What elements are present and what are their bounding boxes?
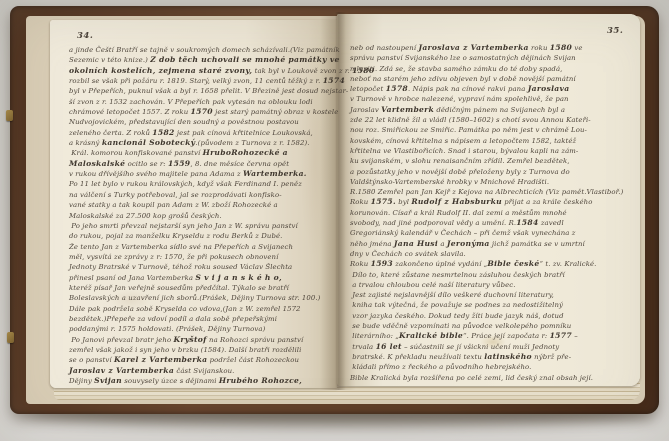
manuscript-line: Sezemic v této knize.) Z dob těch uchova… [69,55,333,65]
manuscript-line: Nudvojovickém, představující den soudný … [69,117,333,127]
manuscript-line: ší zvon z r. 1532 zachován. V Přepeřích … [69,97,333,107]
manuscript-line: Boleslavských a uzavření jich sborů.(Prá… [69,293,333,303]
clasp-remnant [7,332,14,343]
manuscript-line: kteréž písař Jan veřejně sousedům předčí… [69,283,333,293]
manuscript-line: Po 11 let bylo v rukou královských, když… [69,179,333,189]
manuscript-line: R.1580 Zemřel pan Jan Kejř z Kejova na A… [350,187,640,197]
manuscript-line: Roku 1593 zakončeno úplné vydání „Bible … [350,259,640,269]
manuscript-line: v rukou dřívějšího svého majitele pana A… [69,169,333,179]
manuscript-line: bratrské. K překladu neužívali textu lat… [350,352,640,362]
manuscript-line: zde 22 let klidně žil a vládl (1580–1602… [350,115,640,125]
manuscript-line: Jaroslav Vartemberk dědičným pánem na Sv… [350,105,640,115]
manuscript-line: nou roz. Smiřickou ze Smiřic. Památka po… [350,125,640,135]
manuscript-line: v Turnově v hrobce nalezené, vypraví nám… [350,94,640,104]
manuscript-line: ku svijanském, v slohu renaisančním zříd… [350,156,640,166]
manuscript-line: křtitelna ve Vlastibořicích. Snad i star… [350,146,640,156]
manuscript-line: neb od nastoupení Jaroslava z Vartemberk… [350,43,640,53]
manuscript-line: okolních kostelích, zejmena staré zvony,… [69,66,333,76]
manuscript-line: vzor jazyka českého. Dokud tedy žíti bud… [350,311,640,321]
manuscript-line: svobody, nad jiné podporoval vědy a uměn… [350,218,640,228]
manuscript-line: Král. komorou konfiskované panství Hrubo… [69,148,333,158]
manuscript-line: Že tento Jan z Vartemberka sídlo své na … [69,242,333,252]
manuscript-line: trvala 16 let – súčastnili se jí všickni… [350,342,640,352]
manuscript-line: kládali přímo z řeckého a původního hebr… [350,362,640,372]
manuscript-line: letopočet 1578. Nápis pak na cínové rakv… [350,84,640,94]
manuscript-line: a pozůstatky jeho v novější době přelože… [350,167,640,177]
manuscript-line: a krásný kancionál Sobotecký.(původem z … [69,138,333,148]
manuscript-line: kovském, cínová křtitelna s nápisem a le… [350,136,640,146]
manuscript-line: dny v Čechách co svátek slavila. [350,249,640,259]
manuscript-line: Jaroslav z Vartemberka část Svijanskou. [69,366,333,376]
manuscript-line: bezdětek.)Přepeře za vdoví podíl a dala … [69,314,333,324]
manuscript-line: korunován. Císař a král Rudolf II. dal z… [350,208,640,218]
manuscript-line: Jest zajisté nejslavnější dílo veškeré d… [350,290,640,300]
manuscript-line: přinesl psaní od Jana Vartemberka S v i … [69,273,333,283]
manuscript-line: se o panství Karel z Vartemberka podržel… [69,355,333,365]
manuscript-line: a jinde Čeští Bratří se tajně v soukromý… [69,45,333,55]
manuscript-line: do rukou, pojal za manželku Kryseldu z r… [69,231,333,241]
manuscript-line: se bude vděčně vzpomínati na původce vel… [350,321,640,331]
manuscript-photo: 34. 35. a jinde Čeští Bratří se tajně v … [0,0,669,441]
manuscript-line: kniha tak výtečná, že považuje se podnes… [350,300,640,310]
manuscript-line: rozbil se však při požáru r. 1819. Starý… [69,76,333,86]
manuscript-line: Maloskalské ocitlo se r: 1559, 8. dne mě… [69,159,333,169]
manuscript-line: Valdštýnsko-Vartemberské hrobky v Mnicho… [350,177,640,187]
manuscript-line: Gregoriánský kalendář v Čechách – při če… [350,228,640,238]
left-page-text: a jinde Čeští Bratří se tajně v soukromý… [69,45,333,386]
manuscript-line: Roku 1575. byl Rudolf z Habsburku přijat… [350,197,640,207]
manuscript-line: Jednoty Bratrské v Turnově, téhož roku s… [69,262,333,272]
manuscript-line: zeleného čerta. Z roků 1582 jest pak cín… [69,128,333,138]
clasp-remnant [6,110,13,121]
manuscript-line: správu panství Svijanského lze o samosta… [350,53,640,63]
manuscript-line: a trvalou chloubou celé naší literatury … [350,280,640,290]
manuscript-line: něho jména Jana Husi a Jeronýma jichž pa… [350,239,640,249]
page-number-right: 35. [607,26,623,36]
right-page-text: neb od nastoupení Jaroslava z Vartemberk… [350,43,640,383]
manuscript-line: na válčení s Turky potřeboval, jal se ro… [69,190,333,200]
manuscript-line: literárního: „Kralické bible“. Práce jej… [350,331,640,341]
manuscript-line: Maloskalské za 27.500 kop grošů českých. [69,211,333,221]
manuscript-line: Bible Kralická byla rozšířena po celé ze… [350,373,640,383]
manuscript-line: Dějiny Svijan souvysely úzce s dějinami … [69,376,333,386]
manuscript-line: poddanými r. 1575 holdovati. (Prášek, Dě… [69,324,333,334]
manuscript-line: zemřel však jakož i syn jeho v brzku (15… [69,345,333,355]
manuscript-line: měl, vysvítá ze zprávy z r: 1570, že při… [69,252,333,262]
manuscript-line: Po Janovi převzal bratr jeho Kryštof na … [69,335,333,345]
manuscript-line: byl v Přepeřích, puknul však a byl r. 16… [69,86,333,96]
page-number-left: 34. [77,31,93,41]
manuscript-line: Po jeho smrti převzal nejstarší syn jeho… [69,221,333,231]
manuscript-line: Dále pak podržela sobě Kryselda co vdova… [69,304,333,314]
manuscript-line: chrámové letopočet 1557. Z roku 1570 jes… [69,107,333,117]
manuscript-line: mluviti. Zdá se, že stavba samého zámku … [350,64,640,74]
manuscript-line: vané statky a tak koupil pan Adam z W. z… [69,200,333,210]
manuscript-line: neboť na starém jeho zdivu objeven byl v… [350,74,640,84]
manuscript-line: Dílo to, které zůstane nesmrtelnou záslu… [350,270,640,280]
